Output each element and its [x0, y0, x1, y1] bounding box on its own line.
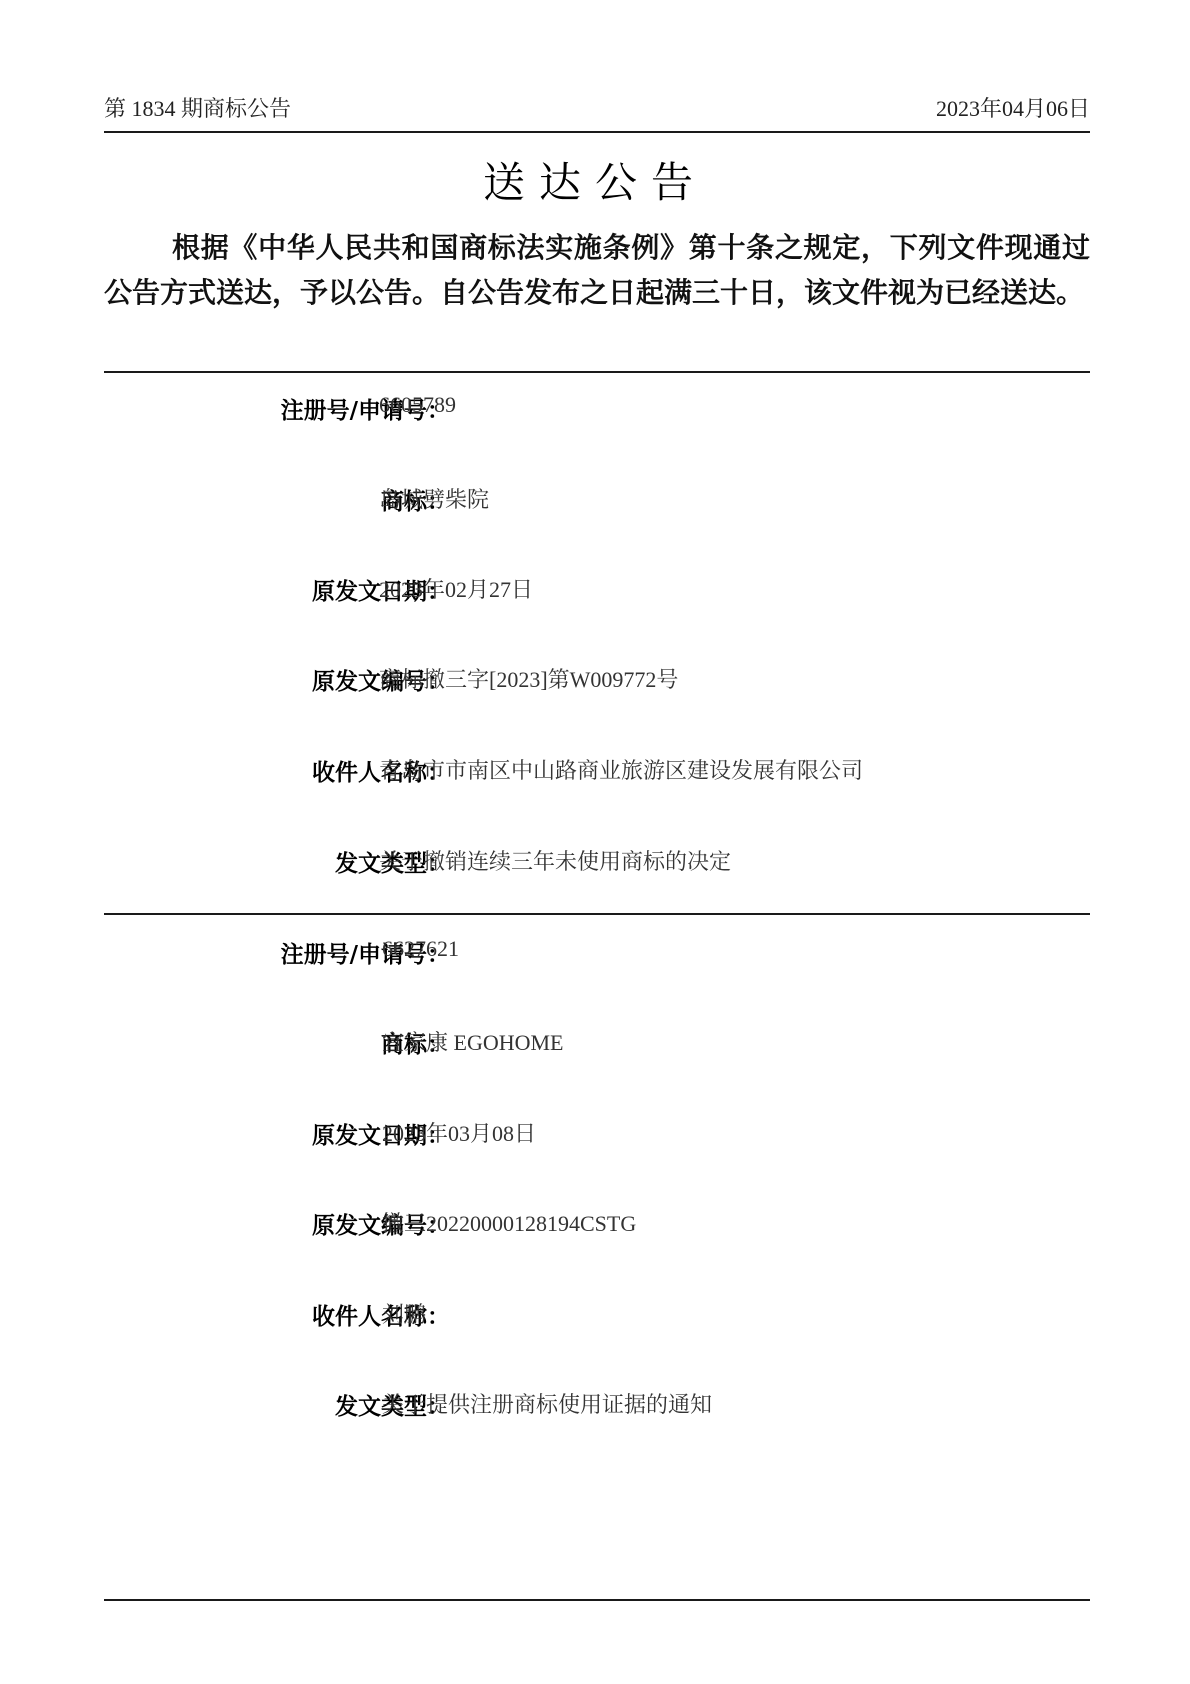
field-row-orig-no: 原发文编号： 撤三20220000128194CSTG — [104, 1207, 1090, 1247]
field-row-recipient: 收件人名称： 刘鹏 — [104, 1298, 1090, 1338]
field-row-reg-no: 注册号/申请号： 6605789 — [104, 392, 1090, 432]
header-rule — [104, 131, 1090, 133]
field-row-orig-date: 原发文日期： 2023年02月27日 — [104, 573, 1090, 613]
field-value: 关于撤销连续三年未使用商标的决定 — [379, 845, 731, 876]
field-row-orig-no: 原发文编号： 商标撤三字[2023]第W009772号 — [104, 663, 1090, 703]
field-row-doc-type: 发文类型： 关于撤销连续三年未使用商标的决定 — [104, 845, 1090, 885]
field-label: 收件人名称： — [312, 1298, 450, 1331]
field-row-doc-type: 发文类型： 关于提供注册商标使用证据的通知 — [104, 1388, 1090, 1428]
field-value: 商标撤三字[2023]第W009772号 — [379, 663, 678, 694]
section-divider — [104, 913, 1090, 915]
field-row-reg-no: 注册号/申请号： 6627621 — [104, 936, 1090, 976]
field-value: 6605789 — [379, 392, 456, 418]
field-row-trademark: 商标： 岛城劈柴院 — [104, 483, 1090, 523]
field-value: 2023年03月08日 — [382, 1117, 536, 1148]
field-value: 刘鹏 — [382, 1298, 426, 1329]
field-row-recipient: 收件人名称： 青岛市市南区中山路商业旅游区建设发展有限公司 — [104, 754, 1090, 794]
page-title: 送达公告 — [0, 150, 1190, 210]
publication-date: 2023年04月06日 — [936, 92, 1090, 123]
field-row-orig-date: 原发文日期： 2023年03月08日 — [104, 1117, 1090, 1157]
field-row-trademark: 商标： 宜家康 EGOHOME — [104, 1026, 1090, 1066]
field-value: 撤三20220000128194CSTG — [382, 1207, 636, 1238]
field-value: 关于提供注册商标使用证据的通知 — [382, 1388, 712, 1419]
field-value: 6627621 — [382, 936, 459, 962]
footer-rule — [104, 1599, 1090, 1601]
field-value: 宜家康 EGOHOME — [382, 1026, 564, 1057]
intro-paragraph: 根据《中华人民共和国商标法实施条例》第十条之规定，下列文件现通过公告方式送达，予… — [104, 225, 1090, 315]
section-divider — [104, 371, 1090, 373]
field-value: 2023年02月27日 — [379, 573, 533, 604]
field-value: 岛城劈柴院 — [379, 483, 489, 514]
issue-number: 第 1834 期商标公告 — [104, 92, 291, 123]
field-value: 青岛市市南区中山路商业旅游区建设发展有限公司 — [379, 754, 863, 785]
